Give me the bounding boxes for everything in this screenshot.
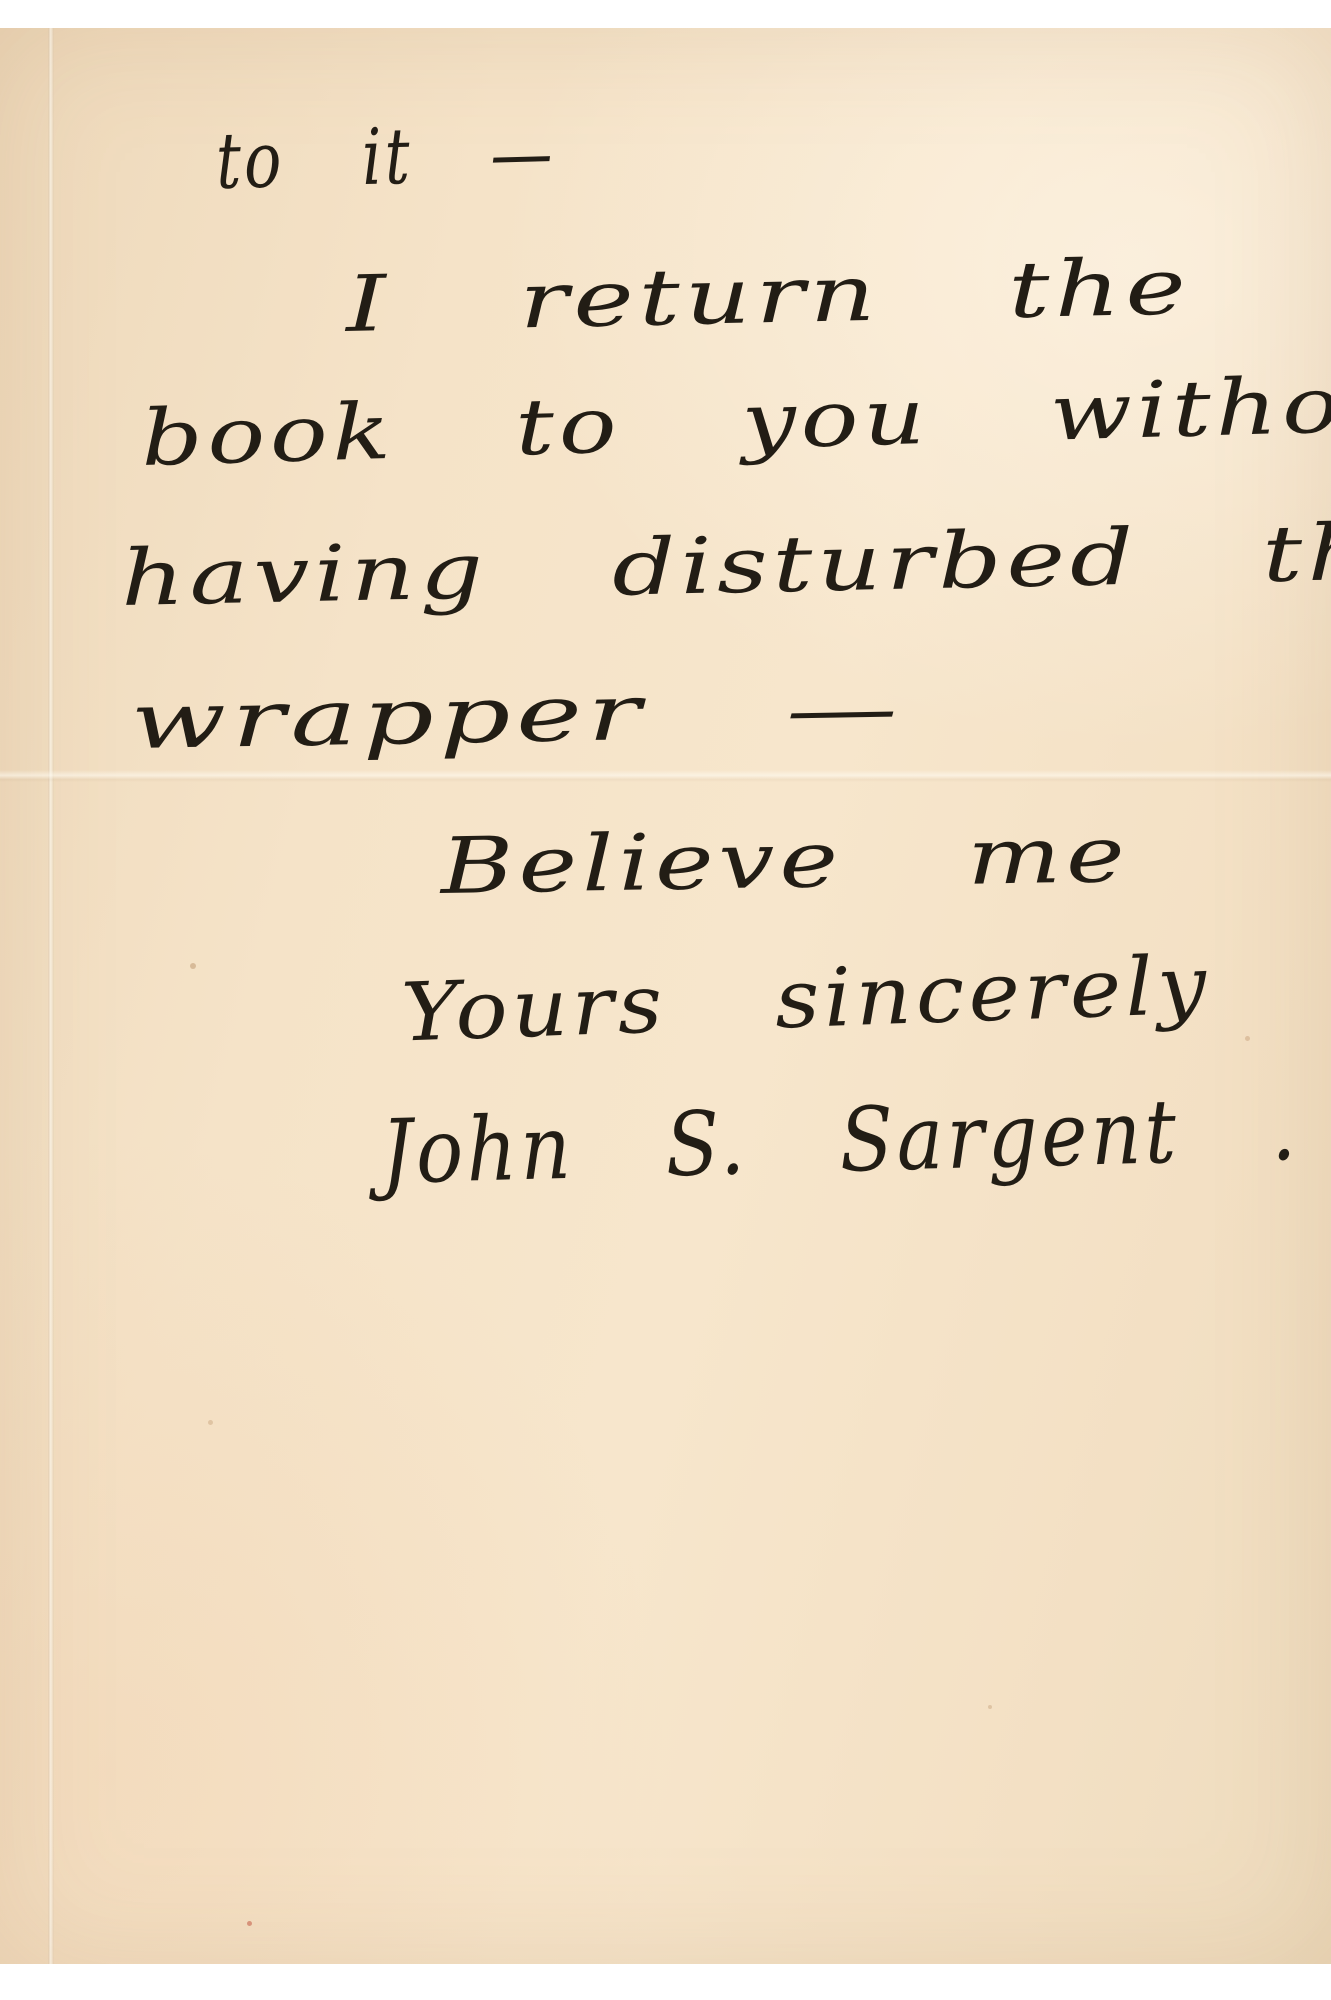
valediction-line: Yours sincerely — [400, 945, 1212, 1054]
handwritten-line-4: having disturbed the — [120, 512, 1331, 617]
handwritten-line-5: wrapper — — [130, 670, 904, 761]
foxing-spot — [988, 1705, 992, 1709]
letter-photo: to it — I return the book to you without… — [0, 0, 1331, 2000]
signature: John S. Sargent . — [380, 1086, 1300, 1198]
foxing-spot — [208, 1420, 213, 1425]
foxing-spot — [190, 963, 196, 969]
handwritten-line-1: to it — — [215, 114, 556, 200]
closing-line: Believe me — [440, 816, 1130, 906]
handwritten-line-3: book to you without — [140, 363, 1331, 477]
vertical-crease — [48, 28, 54, 1964]
letter-page: to it — I return the book to you without… — [0, 28, 1331, 1964]
horizontal-fold — [0, 770, 1331, 782]
foxing-spot — [247, 1921, 252, 1926]
handwritten-line-2: I return the — [345, 248, 1192, 343]
foxing-spot — [1245, 1036, 1250, 1041]
